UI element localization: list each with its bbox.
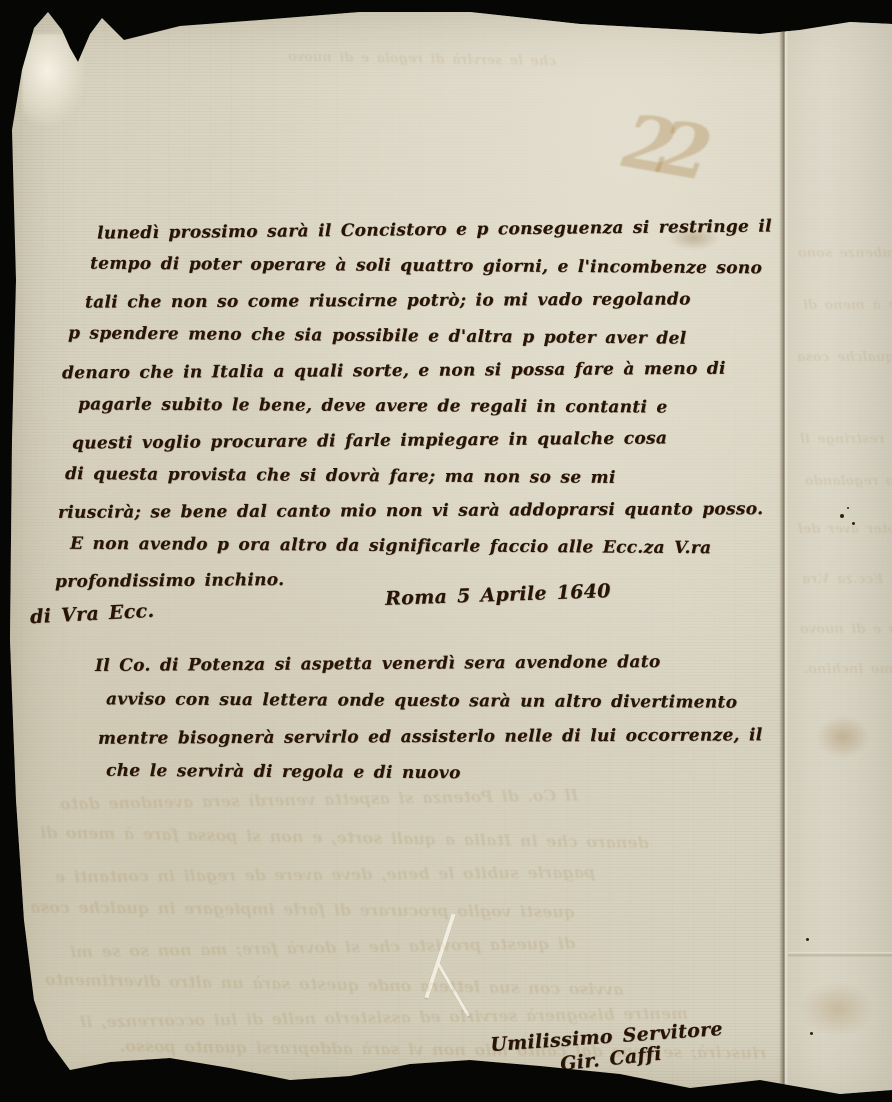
closing: di Vra Ecc. — [30, 600, 155, 628]
manuscript-line: profondissimo inchino. — [55, 570, 284, 592]
manuscript-line: di questa provista che si dovrà fare; ma… — [65, 464, 616, 488]
bleedthrough-text: che le servirà di regola e di nuovo — [800, 622, 892, 637]
ink-speck — [810, 1032, 813, 1035]
ink-speck — [847, 507, 849, 509]
bleedthrough-text: questi voglio procurare di farle impiega… — [30, 898, 575, 922]
ink-speck — [852, 522, 855, 525]
bleedthrough-text: denaro che in Italia a quali sorte, e no… — [803, 298, 892, 313]
horizontal-crease — [788, 952, 892, 957]
manuscript-line: p spendere meno che sia possibile e d'al… — [68, 323, 687, 348]
bleedthrough-text: denaro che in Italia a quali sorte, e no… — [40, 823, 649, 853]
manuscript-line: denaro che in Italia a quali sorte, e no… — [62, 359, 726, 384]
bleedthrough-text: che le servirà di regola e di nuovo — [288, 50, 556, 70]
bleedthrough-text: tali che non so come riuscirne potrò; io… — [805, 474, 892, 489]
bleedthrough-text: avviso con sua lettera onde questo sarà … — [45, 970, 624, 999]
bleedthrough-text: tempo di poter operare à soli quattro gi… — [798, 246, 892, 261]
manuscript-line: Il Co. di Potenza si aspetta venerdì ser… — [95, 652, 661, 676]
manuscript-line: questi voglio procurare di farle impiega… — [72, 428, 667, 453]
stain — [816, 716, 870, 758]
manuscript-line: che le servirà di regola e di nuovo — [106, 761, 461, 783]
manuscript-line: pagarle subito le bene, deve avere de re… — [78, 394, 668, 417]
manuscript-line: avviso con sua lettera onde questo sarà … — [106, 689, 737, 712]
scan-background: che le servirà di regola e di nuovo temp… — [0, 0, 892, 1102]
bleedthrough-text: lunedì prossimo sarà il Concistoro e p c… — [800, 432, 892, 447]
manuscript-line: riuscirà; se bene dal canto mio non vi s… — [58, 499, 763, 523]
fold-crease — [779, 10, 788, 1094]
manuscript-line: E non avendo p ora altro da significarle… — [70, 534, 711, 558]
dateline: Roma 5 Aprile 1640 — [385, 580, 611, 610]
bleedthrough-text: Il Co. di Potenza si aspetta venerdì ser… — [60, 785, 579, 813]
bleedthrough-text: profondissimo inchino. — [804, 662, 892, 677]
faint-page-number: 22 — [617, 98, 702, 195]
adjacent-page-edge — [786, 0, 892, 1102]
ink-speck — [806, 938, 809, 941]
bleedthrough-text: questi voglio procurare di farle impiega… — [797, 350, 892, 365]
torn-corner-fibers — [22, 34, 86, 126]
manuscript-page: che le servirà di regola e di nuovo temp… — [0, 0, 892, 1102]
manuscript-line: tempo di poter operare à soli quattro gi… — [90, 254, 762, 279]
manuscript-line: tali che non so come riuscirne potrò; io… — [85, 289, 691, 312]
bleedthrough-text: di questa provista che si dovrà fare; ma… — [70, 934, 575, 962]
bleedthrough-text: pagarle subito le bene, deve avere de re… — [55, 863, 595, 887]
stain — [800, 982, 874, 1036]
bleedthrough-text: E non avendo p ora altro da significarle… — [802, 572, 892, 587]
ink-speck — [840, 514, 844, 518]
manuscript-line: mentre bisognerà servirlo ed assisterlo … — [98, 725, 763, 748]
bleedthrough-text: p spendere meno che sia possibile e d'al… — [798, 522, 892, 537]
